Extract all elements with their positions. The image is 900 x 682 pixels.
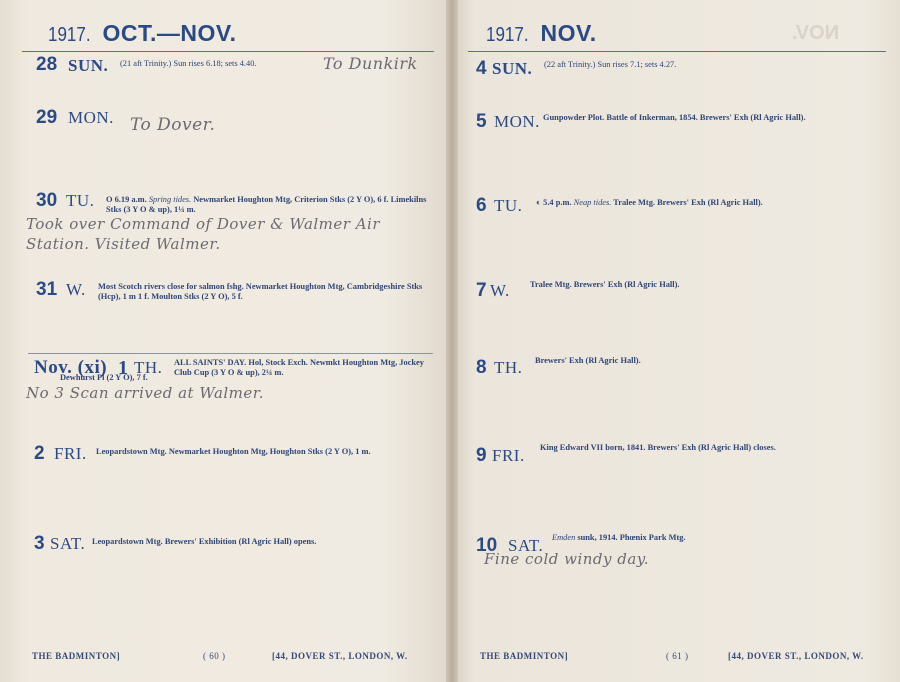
left-page-header: 1917. OCT.—NOV. xyxy=(48,20,237,47)
show-through-header: NOV. xyxy=(792,22,839,45)
day-name: TH. xyxy=(494,358,522,378)
handwritten-note: Took over Command of Dover & Walmer Air … xyxy=(26,214,426,254)
ship-name: Emden xyxy=(552,533,575,542)
page-number: ( 60 ) xyxy=(203,651,226,661)
footer-publisher: THE BADMINTON] xyxy=(480,651,568,661)
entry-notes-continued: Dewhurst Pl (2 Y O), 7 f. xyxy=(60,373,148,383)
day-number: 31 xyxy=(36,279,57,301)
entry-notes: Leopardstown Mtg. Newmarket Houghton Mtg… xyxy=(96,447,434,457)
month-divider xyxy=(28,353,433,354)
entry-notes: Brewers' Exh (Rl Agric Hall). xyxy=(535,356,641,366)
tide-note: Spring tides. xyxy=(149,195,191,204)
entry-notes: ALL SAINTS' DAY. Hol, Stock Exch. Newmkt… xyxy=(174,358,436,377)
day-number: 4 xyxy=(476,58,487,80)
moon-phase: O 6.19 a.m. xyxy=(106,195,147,204)
day-number: 30 xyxy=(36,190,57,212)
events-text: Tralee Mtg. Brewers' Exh (Rl Agric Hall)… xyxy=(613,198,762,207)
header-rule xyxy=(468,51,886,52)
page-number: ( 61 ) xyxy=(666,651,689,661)
day-number: 3 xyxy=(34,533,45,555)
moon-phase: ◐ 5.4 p.m. xyxy=(536,198,572,207)
header-rule xyxy=(22,51,434,52)
tide-note: Neap tides. xyxy=(574,198,612,207)
handwritten-note: No 3 Scan arrived at Walmer. xyxy=(26,384,264,402)
entry-notes: Leopardstown Mtg. Brewers' Exhibition (R… xyxy=(92,537,432,547)
day-name: SUN. xyxy=(492,59,532,79)
day-name: FRI. xyxy=(492,446,525,466)
footer-address: [44, DOVER ST., LONDON, W. xyxy=(728,651,864,661)
day-name: TU. xyxy=(494,196,522,216)
header-month: OCT.—NOV. xyxy=(103,20,237,46)
day-name: W. xyxy=(66,280,86,300)
right-diary-page: NOV. 1917. NOV. 4 SUN. (22 aft Trinity.)… xyxy=(452,0,900,682)
day-name: W. xyxy=(490,281,510,301)
entry-notes: Most Scotch rivers close for salmon fshg… xyxy=(98,282,434,301)
day-name: SUN. xyxy=(68,56,108,76)
entry-notes: King Edward VII born, 1841. Brewers' Exh… xyxy=(540,443,880,453)
entry-notes: Tralee Mtg. Brewers' Exh (Rl Agric Hall)… xyxy=(530,280,679,290)
header-year: 1917. xyxy=(48,24,91,47)
handwritten-note: To Dunkirk xyxy=(323,54,418,73)
day-number: 5 xyxy=(476,111,487,133)
right-page-header: 1917. NOV. xyxy=(486,20,597,47)
handwritten-note: Fine cold windy day. xyxy=(484,550,649,568)
entry-notes: Gunpowder Plot. Battle of Inkerman, 1854… xyxy=(543,113,877,123)
entry-notes: (22 aft Trinity.) Sun rises 7.1; sets 4.… xyxy=(544,60,676,70)
day-number: 2 xyxy=(34,443,45,465)
entry-notes: (21 aft Trinity.) Sun rises 6.18; sets 4… xyxy=(120,59,257,69)
entry-notes: O 6.19 a.m. Spring tides. Newmarket Houg… xyxy=(106,195,434,214)
entry-notes: ◐ 5.4 p.m. Neap tides. Tralee Mtg. Brewe… xyxy=(536,198,876,208)
events-text: sunk, 1914. Phœnix Park Mtg. xyxy=(577,533,685,542)
day-number: 6 xyxy=(476,195,487,217)
day-number: 28 xyxy=(36,54,57,76)
day-name: TU. xyxy=(66,191,94,211)
entry-notes: Emden sunk, 1914. Phœnix Park Mtg. xyxy=(552,533,686,543)
header-month: NOV. xyxy=(541,20,597,46)
day-number: 7 xyxy=(476,280,487,302)
footer-publisher: THE BADMINTON] xyxy=(32,651,120,661)
handwritten-note: To Dover. xyxy=(130,115,215,135)
day-name: FRI. xyxy=(54,444,87,464)
header-year: 1917. xyxy=(486,24,529,47)
day-name: MON. xyxy=(494,112,540,132)
day-name: MON. xyxy=(68,108,114,128)
day-number: 9 xyxy=(476,445,487,467)
left-diary-page: 1917. OCT.—NOV. 28 SUN. (21 aft Trinity.… xyxy=(0,0,452,682)
book-gutter xyxy=(446,0,458,682)
day-number: 29 xyxy=(36,107,57,129)
day-number: 8 xyxy=(476,357,487,379)
day-name: SAT. xyxy=(50,534,85,554)
footer-address: [44, DOVER ST., LONDON, W. xyxy=(272,651,408,661)
